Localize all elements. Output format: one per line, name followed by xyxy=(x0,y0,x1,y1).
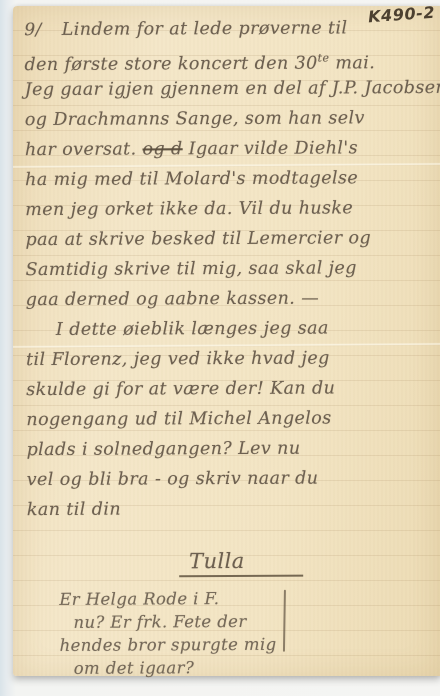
letter-line: 9/Lindem for at lede prøverne til xyxy=(24,13,434,45)
letter-line-text: kan til din xyxy=(27,500,121,520)
letter-line: ha mig med til Molard's modtagelse xyxy=(25,163,435,195)
letter-line: til Florenz, jeg ved ikke hvad jeg xyxy=(26,343,436,375)
letter-line: Samtidig skrive til mig, saa skal jeg xyxy=(26,253,436,285)
letter-line-text: vel og bli bra - og skriv naar du xyxy=(27,469,319,491)
letter-line-text: ha mig med til Molard's modtagelse xyxy=(25,168,358,190)
letter-line: paa at skrive besked til Lemercier og xyxy=(25,223,435,255)
letter-line-text: Lindem for at lede prøverne til xyxy=(62,18,348,39)
letter-line: plads i solnedgangen? Lev nu xyxy=(26,433,436,465)
strikethrough-text: og d xyxy=(142,139,182,159)
letter-line-text: den første store koncert den 30 xyxy=(24,54,317,76)
letter-line-text: Jeg gaar igjen gjennem en del af J.P. Ja… xyxy=(25,78,440,100)
page-number: 9/ xyxy=(24,15,42,45)
postscript-line-text: om det igaar? xyxy=(74,658,195,678)
postscript-line: om det igaar? xyxy=(60,655,438,680)
postscript-line-text: Er Helga Rode i F. xyxy=(59,589,219,609)
letter-line-text: plads i solnedgangen? Lev nu xyxy=(26,439,300,460)
letter-line-text: nogengang ud til Michel Angelos xyxy=(26,408,331,430)
letter-line: nogengang ud til Michel Angelos xyxy=(26,403,436,435)
postscript-line: nu? Er frk. Fete der xyxy=(59,609,437,634)
letter-line: skulde gi for at være der! Kan du xyxy=(26,373,436,405)
signature-row: Tulla xyxy=(179,547,437,577)
letter-line: Jeg gaar igjen gjennem en del af J.P. Ja… xyxy=(25,73,435,105)
letter-line: kan til din xyxy=(27,493,437,525)
letter-line-text: paa at skrive besked til Lemercier og xyxy=(25,228,371,250)
letter-line-text: I dette øieblik længes jeg saa xyxy=(56,318,329,339)
letter-line-text: Samtidig skrive til mig, saa skal jeg xyxy=(26,258,357,280)
postscript-line: hendes bror spurgte mig xyxy=(60,632,438,657)
letter-line-text: mai. xyxy=(329,53,375,73)
postscript-line-text: hendes bror spurgte mig xyxy=(60,635,277,655)
letter-line: men jeg orket ikke da. Vil du huske xyxy=(25,193,435,225)
letter-line-text: men jeg orket ikke da. Vil du huske xyxy=(25,198,353,220)
letter-line: gaa derned og aabne kassen. — xyxy=(26,283,436,315)
scanned-letter-page: K490-2 9/Lindem for at lede prøverne til… xyxy=(0,0,440,696)
letter-line-text: og Drachmanns Sange, som han selv xyxy=(25,108,365,130)
letter-body: 9/Lindem for at lede prøverne til den fø… xyxy=(24,13,437,680)
postscript-block: Er Helga Rode i F. nu? Er frk. Fete der … xyxy=(59,586,437,680)
letter-line-text: har oversat. xyxy=(25,139,143,160)
letter-line-text: Igaar vilde Diehl's xyxy=(183,138,358,159)
letter-line-text: til Florenz, jeg ved ikke hvad jeg xyxy=(26,348,330,370)
postscript-line: Er Helga Rode i F. xyxy=(59,586,437,611)
letter-paper: K490-2 9/Lindem for at lede prøverne til… xyxy=(13,6,440,676)
letter-line: vel og bli bra - og skriv naar du xyxy=(27,463,437,495)
letter-line: I dette øieblik længes jeg saa xyxy=(26,313,436,345)
postscript-line-text: nu? Er frk. Fete der xyxy=(73,612,246,632)
signature: Tulla xyxy=(179,548,303,578)
letter-line-text: gaa derned og aabne kassen. — xyxy=(26,289,319,311)
letter-line-with-strikethrough: har oversat. og d Igaar vilde Diehl's xyxy=(25,133,435,165)
ordinal-superscript: te xyxy=(318,51,330,64)
letter-line: og Drachmanns Sange, som han selv xyxy=(25,103,435,135)
letter-line: den første store koncert den 30te mai. xyxy=(24,43,434,75)
letter-line-text: skulde gi for at være der! Kan du xyxy=(26,378,335,400)
